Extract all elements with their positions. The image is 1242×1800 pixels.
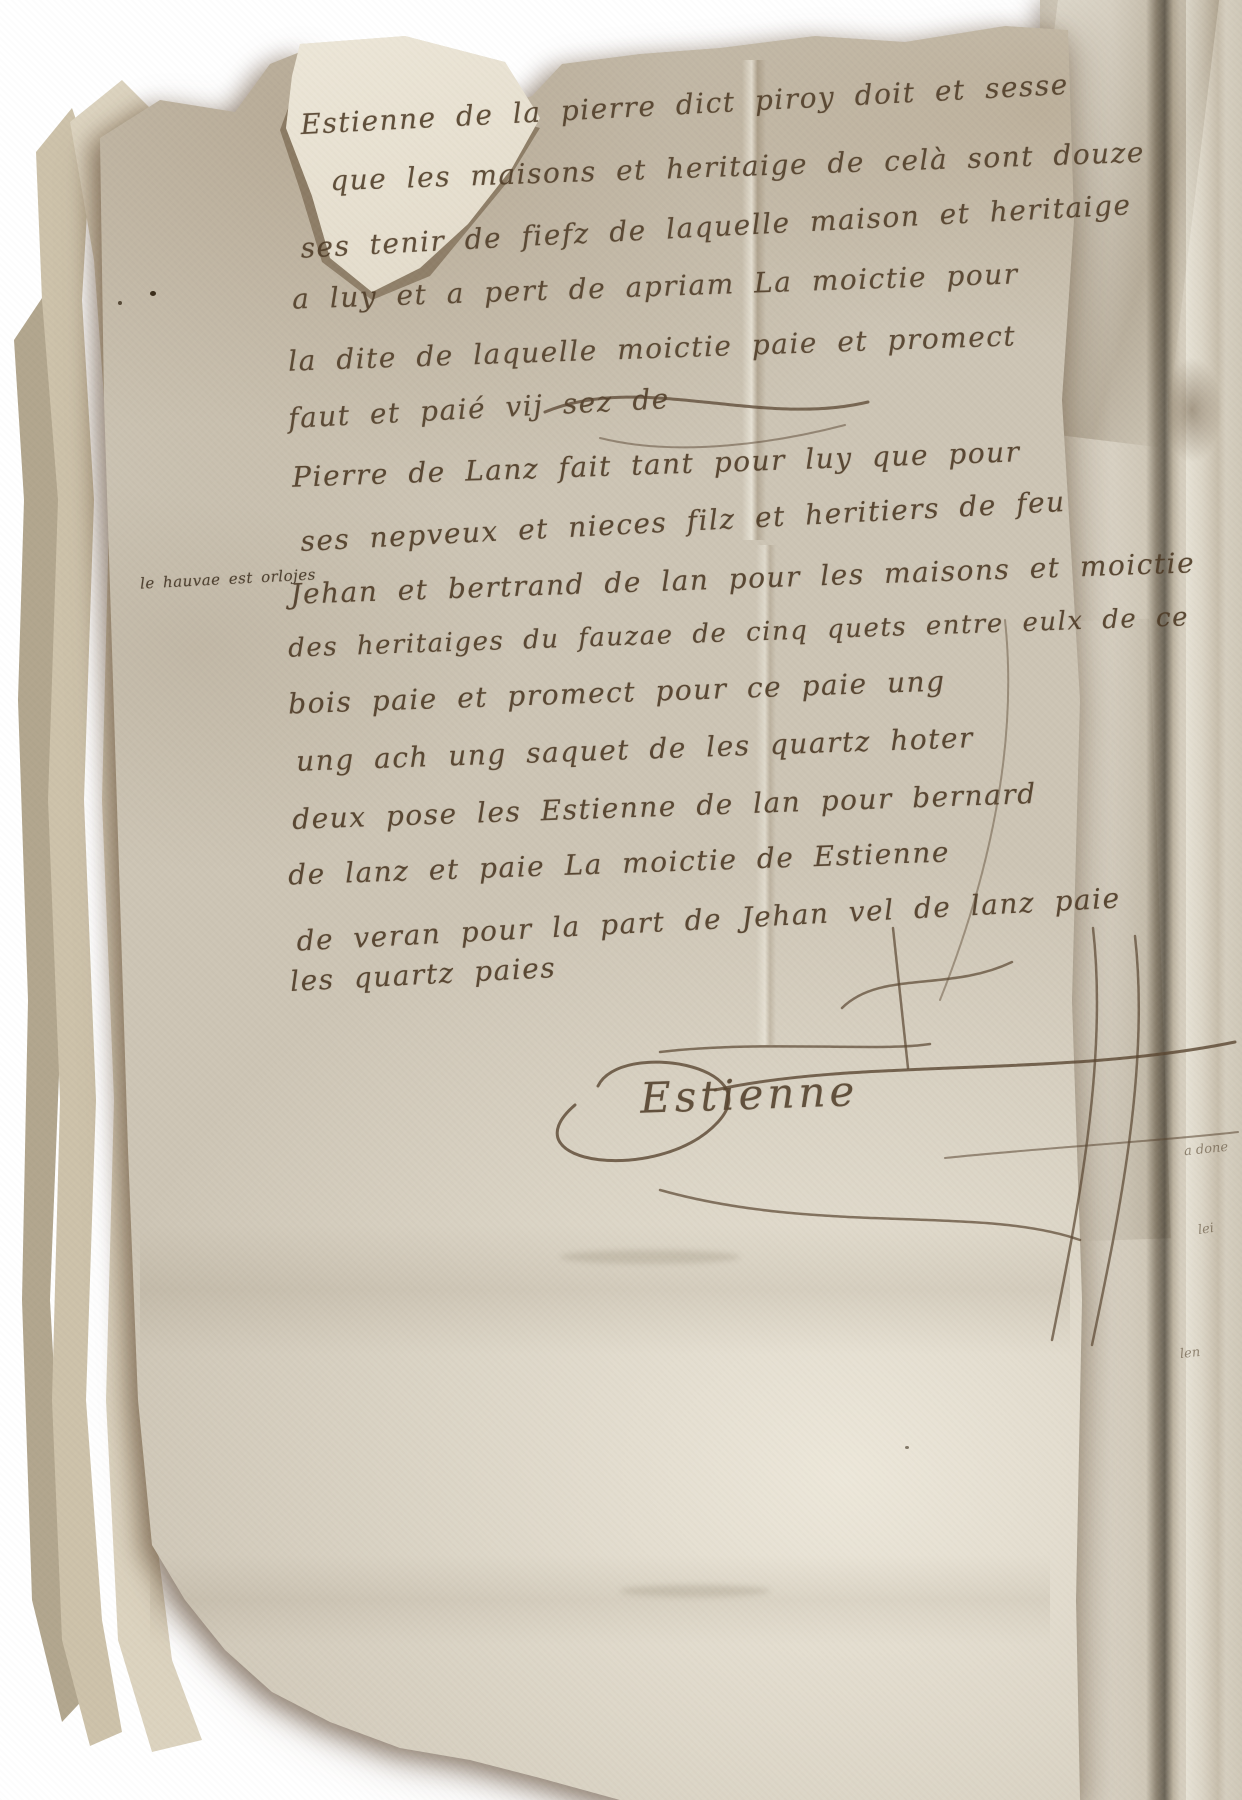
signature-text: Estienne <box>639 1066 859 1123</box>
show-through-smudge <box>560 1250 740 1264</box>
adjacent-page-text-fragment: len <box>1179 1345 1201 1362</box>
adjacent-page-text-fragment: lei <box>1197 1221 1215 1238</box>
ink-speck <box>150 291 156 296</box>
manuscript-photo: { "photo": { "subject": "Handwritten ear… <box>0 0 1242 1800</box>
ink-speck <box>118 301 122 305</box>
ink-speck <box>905 1446 909 1449</box>
show-through-smudge <box>620 1585 770 1597</box>
